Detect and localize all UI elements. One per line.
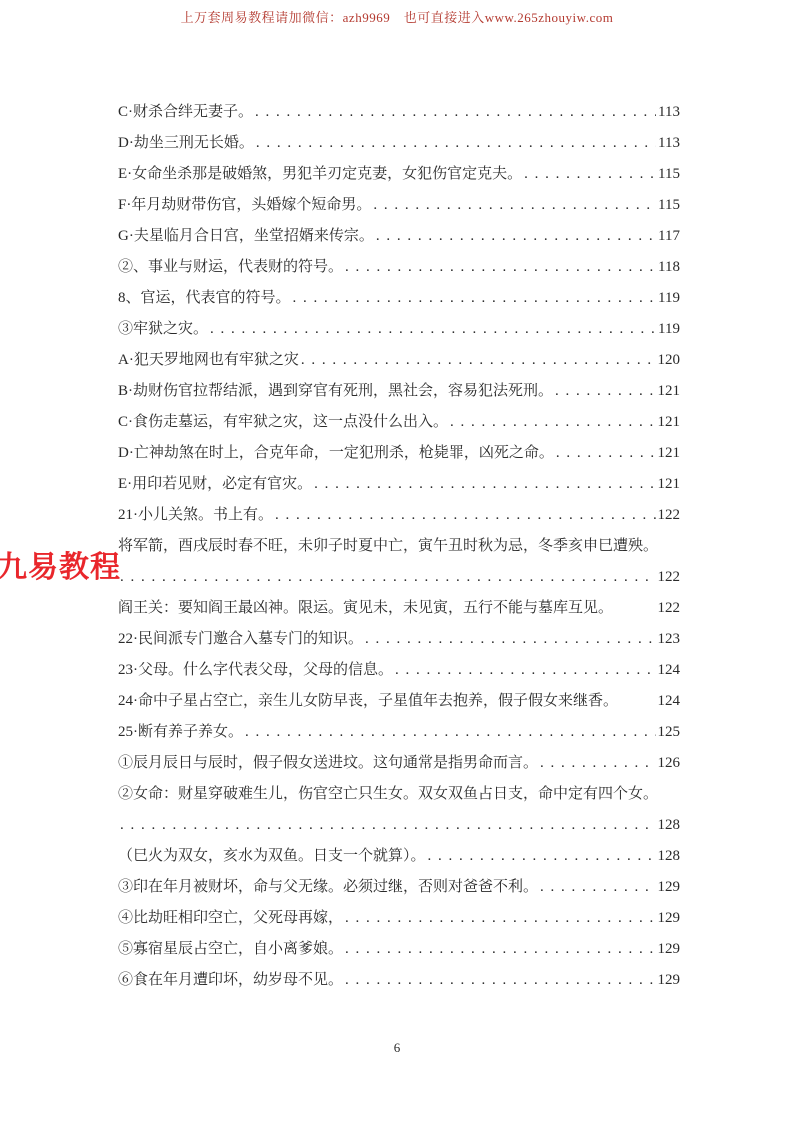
- toc-entry-page-number: 121: [658, 376, 681, 407]
- dot-leader: . . . . . . . . . . . . . . . . . . . . …: [245, 717, 656, 748]
- toc-entry-page-number: 115: [658, 190, 680, 221]
- watermark-logo: 九易教程: [0, 542, 121, 586]
- dot-leader: . . . . . . . . . . . . . . . . . . . . …: [345, 903, 655, 934]
- toc-entry-page-number: 128: [658, 841, 681, 872]
- toc-entry: 将军箭，酉戌辰时春不旺，未卯子时夏中亡，寅午丑时秋为忌，冬季亥申巳遭殃。: [118, 531, 680, 562]
- toc-entry-page-number: 121: [658, 469, 681, 500]
- toc-list: C·财杀合绊无妻子。 . . . . . . . . . . . . . . .…: [118, 97, 680, 996]
- toc-entry-text: 阎王关：要知阎王最凶神。限运。寅见未，未见寅，五行不能与墓库互见。: [118, 593, 613, 624]
- toc-entry: . . . . . . . . . . . . . . . . . . . . …: [118, 810, 680, 841]
- toc-entry-text: 25·断有养子养女。: [118, 717, 243, 748]
- toc-entry-text: ③印在年月被财坏，命与父无缘。必须过继，否则对爸爸不利。: [118, 872, 538, 903]
- dot-leader: . . . . . . . . . . . . . . . . . . . . …: [556, 438, 656, 469]
- dot-leader: . . . . . . . . . . . . . . . . . . . . …: [275, 500, 656, 531]
- toc-entry-page-number: 122: [658, 593, 681, 624]
- toc-entry-text: （巳火为双女，亥水为双鱼。日支一个就算）。: [118, 841, 426, 872]
- page: 上万套周易教程请加微信：azh9969 也可直接进入www.265zhouyiw…: [0, 0, 794, 1123]
- dot-leader: . . . . . . . . . . . . . . . . . . . . …: [256, 128, 656, 159]
- toc-entry-text: D·亡神劫煞在时上，合克年命，一定犯刑杀，枪毙罪，凶死之命。: [118, 438, 554, 469]
- page-number: 6: [0, 1040, 794, 1056]
- toc-entry-page-number: 115: [658, 159, 680, 190]
- toc-entry-page-number: 124: [658, 655, 681, 686]
- toc-entry-page-number: 122: [658, 500, 681, 531]
- toc-entry: ⑥食在年月遭印坏，幼岁母不见。 . . . . . . . . . . . . …: [118, 965, 680, 996]
- toc-entry-page-number: 129: [658, 934, 681, 965]
- dot-leader: . . . . . . . . . . . . . . . . . . . . …: [255, 97, 656, 128]
- dot-leader: . . . . . . . . . . . . . . . . . . . . …: [540, 872, 655, 903]
- toc-entry: ③印在年月被财坏，命与父无缘。必须过继，否则对爸爸不利。 . . . . . .…: [118, 872, 680, 903]
- toc-entry-text: G·夫星临月合日宫，坐堂招婿来传宗。: [118, 221, 374, 252]
- dot-leader: . . . . . . . . . . . . . . . . . . . . …: [555, 376, 655, 407]
- toc-entry: . . . . . . . . . . . . . . . . . . . . …: [118, 562, 680, 593]
- toc-entry: ②女命：财星穿破难生儿，伤官空亡只生女。双女双鱼占日支，命中定有四个女。: [118, 779, 680, 810]
- toc-entry-text: ③牢狱之灾。: [118, 314, 208, 345]
- toc-entry: D·劫坐三刑无长婚。 . . . . . . . . . . . . . . .…: [118, 128, 680, 159]
- dot-leader: . . . . . . . . . . . . . . . . . . . . …: [365, 624, 656, 655]
- toc-entry-text: ①辰月辰日与辰时，假子假女送进坟。这句通常是指男命而言。: [118, 748, 538, 779]
- toc-entry-text: 8、官运，代表官的符号。: [118, 283, 291, 314]
- toc-entry: ④比劫旺相印空亡，父死母再嫁， . . . . . . . . . . . . …: [118, 903, 680, 934]
- toc-entry-page-number: 113: [658, 128, 680, 159]
- toc-entry: ②、事业与财运，代表财的符号。 . . . . . . . . . . . . …: [118, 252, 680, 283]
- toc-entry: （巳火为双女，亥水为双鱼。日支一个就算）。 . . . . . . . . . …: [118, 841, 680, 872]
- toc-entry-text: 22·民间派专门邀合入墓专门的知识。: [118, 624, 363, 655]
- dot-leader: . . . . . . . . . . . . . . . . . . . . …: [428, 841, 656, 872]
- toc-entry-page-number: 121: [658, 438, 681, 469]
- toc-entry-page-number: 122: [658, 562, 681, 593]
- toc-entry: D·亡神劫煞在时上，合克年命，一定犯刑杀，枪毙罪，凶死之命。 . . . . .…: [118, 438, 680, 469]
- toc-entry-text: 23·父母。什么字代表父母，父母的信息。: [118, 655, 393, 686]
- dot-leader: . . . . . . . . . . . . . . . . . . . . …: [524, 159, 656, 190]
- toc-entry: E·女命坐杀那是破婚煞，男犯羊刃定克妻，女犯伤官定克夫。 . . . . . .…: [118, 159, 680, 190]
- toc-entry-text: ②女命：财星穿破难生儿，伤官空亡只生女。双女双鱼占日支，命中定有四个女。: [118, 779, 658, 810]
- toc-entry-text: ⑤寡宿星辰占空亡，自小离爹娘。: [118, 934, 343, 965]
- toc-entry: ①辰月辰日与辰时，假子假女送进坟。这句通常是指男命而言。 . . . . . .…: [118, 748, 680, 779]
- toc-entry: C·财杀合绊无妻子。 . . . . . . . . . . . . . . .…: [118, 97, 680, 128]
- dot-leader: . . . . . . . . . . . . . . . . . . . . …: [120, 562, 656, 593]
- toc-entry-page-number: 121: [658, 407, 681, 438]
- toc-entry-page-number: 129: [658, 965, 681, 996]
- toc-entry: 21·小儿关煞。书上有。 . . . . . . . . . . . . . .…: [118, 500, 680, 531]
- toc-entry: ③牢狱之灾。 . . . . . . . . . . . . . . . . .…: [118, 314, 680, 345]
- toc-entry: G·夫星临月合日宫，坐堂招婿来传宗。 . . . . . . . . . . .…: [118, 221, 680, 252]
- dot-leader: . . . . . . . . . . . . . . . . . . . . …: [376, 221, 656, 252]
- dot-leader: . . . . . . . . . . . . . . . . . . . . …: [373, 190, 656, 221]
- toc-entry-text: ⑥食在年月遭印坏，幼岁母不见。: [118, 965, 343, 996]
- toc-entry-page-number: 125: [658, 717, 681, 748]
- toc-entry-page-number: 129: [658, 872, 681, 903]
- toc-entry-text: C·食伤走墓运，有牢狱之灾，这一点没什么出入。: [118, 407, 448, 438]
- toc-entry: F·年月劫财带伤官，头婚嫁个短命男。 . . . . . . . . . . .…: [118, 190, 680, 221]
- toc-entry-text: D·劫坐三刑无长婚。: [118, 128, 254, 159]
- dot-leader: . . . . . . . . . . . . . . . . . . . . …: [345, 252, 656, 283]
- dot-leader: . . . . . . . . . . . . . . . . . . . . …: [540, 748, 655, 779]
- toc-entry-page-number: 117: [658, 221, 680, 252]
- toc-entry-text: F·年月劫财带伤官，头婚嫁个短命男。: [118, 190, 371, 221]
- dot-leader: . . . . . . . . . . . . . . . . . . . . …: [120, 810, 656, 841]
- toc-entry: 25·断有养子养女。 . . . . . . . . . . . . . . .…: [118, 717, 680, 748]
- toc-entry-text: 24·命中子星占空亡，亲生儿女防早丧，子星值年去抱养，假子假女来继香。: [118, 686, 618, 717]
- toc-entry: C·食伤走墓运，有牢狱之灾，这一点没什么出入。 . . . . . . . . …: [118, 407, 680, 438]
- dot-leader: . . . . . . . . . . . . . . . . . . . . …: [314, 469, 655, 500]
- dot-leader: . . . . . . . . . . . . . . . . . . . . …: [293, 283, 657, 314]
- dot-leader: . . . . . . . . . . . . . . . . . . . . …: [210, 314, 656, 345]
- toc-entry-page-number: 118: [658, 252, 680, 283]
- toc-entry-text: 将军箭，酉戌辰时春不旺，未卯子时夏中亡，寅午丑时秋为忌，冬季亥申巳遭殃。: [118, 531, 658, 562]
- header-promo-text: 上万套周易教程请加微信：azh9969 也可直接进入www.265zhouyiw…: [0, 7, 794, 26]
- toc-entry-text: ②、事业与财运，代表财的符号。: [118, 252, 343, 283]
- toc-entry-text: 21·小儿关煞。书上有。: [118, 500, 273, 531]
- toc-entry-text: A·犯天罗地网也有牢狱之灾: [118, 345, 299, 376]
- dot-leader: . . . . . . . . . . . . . . . . . . . . …: [301, 345, 656, 376]
- toc-entry-page-number: 120: [658, 345, 681, 376]
- toc-entry-page-number: 119: [658, 283, 680, 314]
- toc-entry: 22·民间派专门邀合入墓专门的知识。 . . . . . . . . . . .…: [118, 624, 680, 655]
- toc-entry: 阎王关：要知阎王最凶神。限运。寅见未，未见寅，五行不能与墓库互见。 122: [118, 593, 680, 624]
- toc-entry-page-number: 124: [658, 686, 681, 717]
- toc-entry-page-number: 113: [658, 97, 680, 128]
- toc-entry: 8、官运，代表官的符号。 . . . . . . . . . . . . . .…: [118, 283, 680, 314]
- toc-entry: ⑤寡宿星辰占空亡，自小离爹娘。 . . . . . . . . . . . . …: [118, 934, 680, 965]
- toc-entry-text: C·财杀合绊无妻子。: [118, 97, 253, 128]
- toc-entry-page-number: 129: [658, 903, 681, 934]
- dot-leader: . . . . . . . . . . . . . . . . . . . . …: [345, 965, 655, 996]
- toc-entry: 24·命中子星占空亡，亲生儿女防早丧，子星值年去抱养，假子假女来继香。 124: [118, 686, 680, 717]
- toc-entry-page-number: 119: [658, 314, 680, 345]
- toc-entry: 23·父母。什么字代表父母，父母的信息。 . . . . . . . . . .…: [118, 655, 680, 686]
- toc-entry: E·用印若见财，必定有官灾。 . . . . . . . . . . . . .…: [118, 469, 680, 500]
- toc-entry-text: E·女命坐杀那是破婚煞，男犯羊刃定克妻，女犯伤官定克夫。: [118, 159, 522, 190]
- toc-entry-text: E·用印若见财，必定有官灾。: [118, 469, 312, 500]
- dot-leader: . . . . . . . . . . . . . . . . . . . . …: [395, 655, 656, 686]
- toc-entry-text: B·劫财伤官拉帮结派，遇到穿官有死刑，黑社会，容易犯法死刑。: [118, 376, 553, 407]
- toc-entry-page-number: 128: [658, 810, 681, 841]
- dot-leader: . . . . . . . . . . . . . . . . . . . . …: [450, 407, 655, 438]
- toc-entry: A·犯天罗地网也有牢狱之灾 . . . . . . . . . . . . . …: [118, 345, 680, 376]
- toc-entry-text: ④比劫旺相印空亡，父死母再嫁，: [118, 903, 343, 934]
- toc-entry: B·劫财伤官拉帮结派，遇到穿官有死刑，黑社会，容易犯法死刑。 . . . . .…: [118, 376, 680, 407]
- toc-entry-page-number: 126: [658, 748, 681, 779]
- toc-entry-page-number: 123: [658, 624, 681, 655]
- document-page: { "page": { "header": "上万套周易教程请加微信：azh99…: [0, 0, 794, 1123]
- dot-leader: . . . . . . . . . . . . . . . . . . . . …: [345, 934, 655, 965]
